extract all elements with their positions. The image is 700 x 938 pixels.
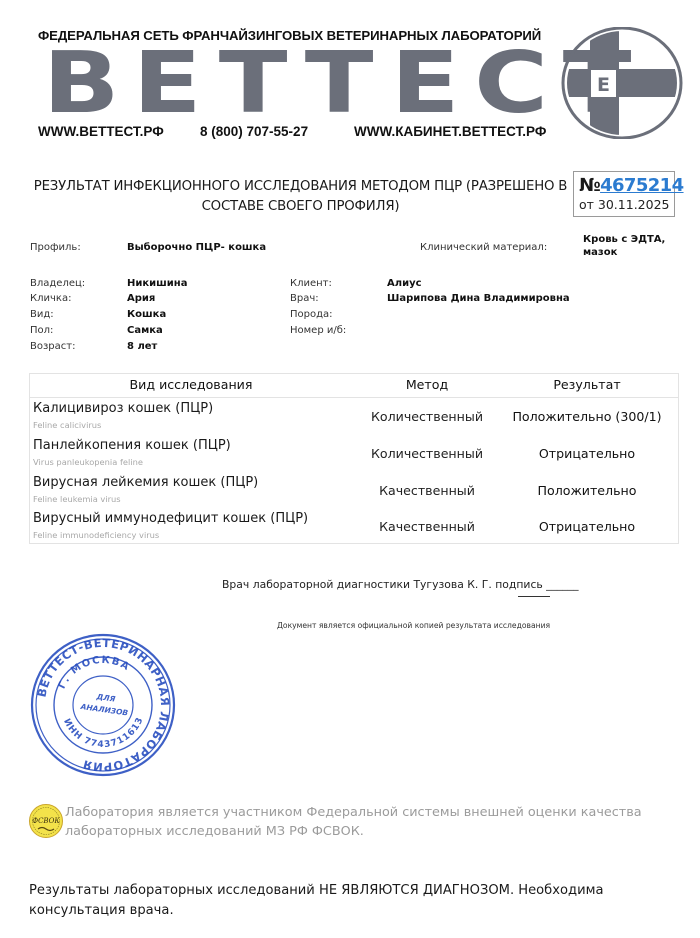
fsvok-logo-icon: ФСВОК <box>28 803 64 839</box>
diagnosis-disclaimer: Результаты лабораторных исследований НЕ … <box>29 881 694 921</box>
owner-label: Владелец: <box>30 278 85 289</box>
document-number: №4675214 <box>579 176 674 196</box>
sex-label: Пол: <box>30 325 53 336</box>
website-link[interactable]: WWW.ВЕТТЕСТ.РФ <box>38 124 164 139</box>
age-value: 8 лет <box>127 341 157 352</box>
material-label: Клинический материал: <box>420 242 547 253</box>
material-value-line: мазок <box>583 247 665 258</box>
brand-letter: Е <box>122 47 212 119</box>
nickname-value: Ария <box>127 293 155 304</box>
brand-letter: Е <box>380 47 470 119</box>
table-row: Вирусный иммунодефицит кошек (ПЦР) Felin… <box>30 508 678 545</box>
test-result: Положительно (300/1) <box>502 409 672 424</box>
owner-value: Никишина <box>127 278 187 289</box>
column-header-test: Вид исследования <box>30 377 352 392</box>
doctor-value: Шарипова Дина Владимировна <box>387 293 570 304</box>
table-row: Калицивироз кошек (ПЦР) Feline calicivir… <box>30 398 678 435</box>
test-result: Отрицательно <box>502 519 672 534</box>
client-value: Алиус <box>387 278 422 289</box>
svg-text:ИНН 7743711613: ИНН 7743711613 <box>61 716 146 751</box>
document-date: от 30.11.2025 <box>579 197 674 213</box>
test-method: Количественный <box>352 409 502 424</box>
brand-letter: Т <box>294 47 384 119</box>
document-title: РЕЗУЛЬТАТ ИНФЕКЦИОННОГО ИССЛЕДОВАНИЯ МЕТ… <box>28 177 573 217</box>
signature-line: Врач лабораторной диагностики Тугузова К… <box>222 578 579 591</box>
signature-underline <box>518 596 550 597</box>
stamp-inn: ИНН 7743711613 <box>61 716 146 751</box>
phone-number: 8 (800) 707-55-27 <box>200 124 308 139</box>
profile-label: Профиль: <box>30 242 81 253</box>
client-label: Клиент: <box>290 278 332 289</box>
document-number-link[interactable]: 4675214 <box>600 175 683 196</box>
cabinet-link[interactable]: WWW.КАБИНЕТ.ВЕТТЕСТ.РФ <box>354 124 546 139</box>
table-header: Вид исследования Метод Результат <box>30 374 678 398</box>
test-name: Вирусный иммунодефицит кошек (ПЦР) <box>33 511 308 526</box>
profile-value: Выборочно ПЦР- кошка <box>127 242 266 253</box>
test-method: Качественный <box>352 483 502 498</box>
fsvok-participation-note: Лаборатория является участником Федераль… <box>65 803 665 841</box>
number-prefix: № <box>579 175 600 196</box>
brand-letter: В <box>36 47 126 119</box>
breed-label: Порода: <box>290 309 333 320</box>
test-latin-name: Feline leukemia virus <box>33 494 121 504</box>
test-name: Панлейкопения кошек (ПЦР) <box>33 438 231 453</box>
test-method: Количественный <box>352 446 502 461</box>
official-copy-note: Документ является официальной копией рез… <box>277 621 550 630</box>
doctor-label: Врач: <box>290 293 319 304</box>
material-value-line: Кровь с ЭДТА, <box>583 234 665 245</box>
vettest-logo-icon: Е <box>560 27 684 139</box>
results-table: Вид исследования Метод Результат Калицив… <box>29 373 679 544</box>
nickname-label: Кличка: <box>30 293 71 304</box>
lab-stamp-icon: ВЕТТЕСТ-ВЕТЕРИНАРНАЯ ЛАБОРАТОРИЯ Г. МОСК… <box>30 632 176 778</box>
stamp-center-line2: АНАЛИЗОВ <box>79 702 129 718</box>
table-row: Панлейкопения кошек (ПЦР) Virus panleuko… <box>30 435 678 472</box>
column-header-method: Метод <box>352 377 502 392</box>
test-latin-name: Virus panleukopenia feline <box>33 457 143 467</box>
material-value: Кровь с ЭДТА, мазок <box>583 234 665 258</box>
brand-letter: С <box>466 47 556 119</box>
test-latin-name: Feline immunodeficiency virus <box>33 530 159 540</box>
table-row: Вирусная лейкемия кошек (ПЦР) Feline leu… <box>30 472 678 509</box>
fsvok-logo-text: ФСВОК <box>32 817 60 825</box>
document-number-box: №4675214 от 30.11.2025 <box>573 171 675 217</box>
test-method: Качественный <box>352 519 502 534</box>
test-latin-name: Feline calicivirus <box>33 420 101 430</box>
species-label: Вид: <box>30 309 54 320</box>
test-result: Отрицательно <box>502 446 672 461</box>
column-header-result: Результат <box>502 377 672 392</box>
test-result: Положительно <box>502 483 672 498</box>
brand-letter: Т <box>208 47 298 119</box>
logo-letter: Е <box>597 74 610 96</box>
stamp-center-line1: ДЛЯ <box>95 692 116 704</box>
species-value: Кошка <box>127 309 166 320</box>
test-name: Калицивироз кошек (ПЦР) <box>33 401 213 416</box>
test-name: Вирусная лейкемия кошек (ПЦР) <box>33 475 258 490</box>
record-number-label: Номер и/б: <box>290 325 346 336</box>
sex-value: Самка <box>127 325 163 336</box>
brand-wordmark: В Е Т Т Е С Т <box>36 42 638 124</box>
age-label: Возраст: <box>30 341 75 352</box>
